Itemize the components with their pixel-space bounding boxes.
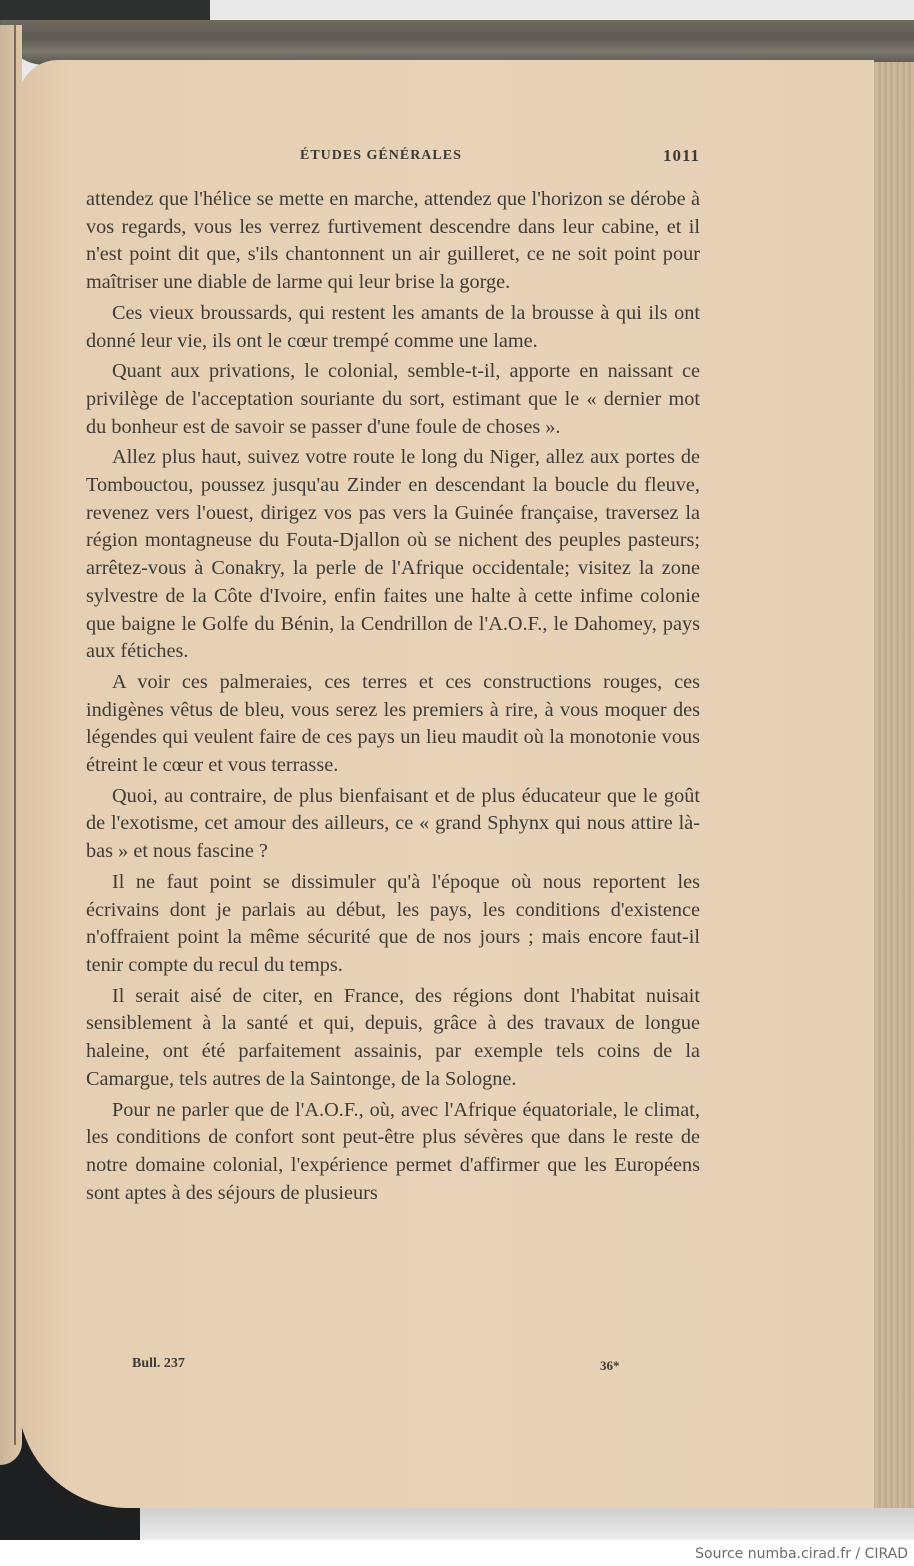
body-text: attendez que l'hélice se mette en marche… [86, 186, 700, 1207]
paragraph: Ces vieux broussards, qui restent les am… [86, 300, 700, 355]
paragraph: Il serait aisé de citer, en France, des … [86, 983, 700, 1094]
paragraph: Allez plus haut, suivez votre route le l… [86, 444, 700, 666]
paragraph: A voir ces palmeraies, ces terres et ces… [86, 669, 700, 780]
page-number: 1011 [663, 146, 700, 166]
gutter-line [14, 25, 16, 1445]
running-head-title: ÉTUDES GÉNÉRALES [300, 148, 462, 164]
paragraph: Pour ne parler que de l'A.O.F., où, avec… [86, 1097, 700, 1208]
signature-mark: Bull. 237 [132, 1356, 185, 1372]
running-head: ÉTUDES GÉNÉRALES 1011 [80, 146, 700, 170]
paragraph: Quant aux privations, le colonial, sembl… [86, 358, 700, 441]
paragraph: Il ne faut point se dissimuler qu'à l'ép… [86, 869, 700, 980]
bottom-shadow [140, 1508, 914, 1540]
paragraph: attendez que l'hélice se mette en marche… [86, 186, 700, 297]
book-top-edge [0, 20, 914, 65]
source-credit: Source numba.cirad.fr / CIRAD [695, 1546, 908, 1562]
paragraph: Quoi, au contraire, de plus bienfaisant … [86, 783, 700, 866]
sheet-mark: 36* [600, 1358, 620, 1374]
